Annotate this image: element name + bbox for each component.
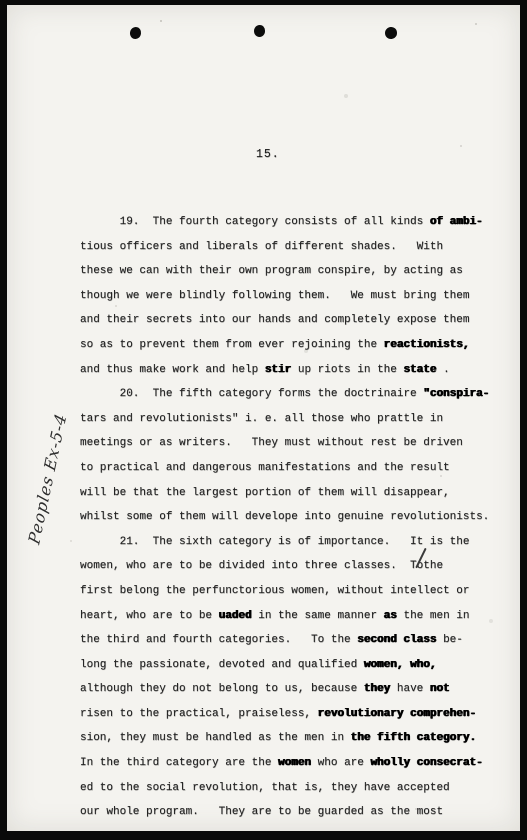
text-line: whilst some of them will develope into g…	[80, 505, 520, 530]
text-line: 19. The fourth category consists of all …	[80, 210, 520, 235]
text-line: tious officers and liberals of different…	[80, 235, 520, 260]
scanned-document-page: { "page": { "number": "15.", "margin_not…	[0, 0, 527, 840]
text-line: 20. The fifth category forms the doctrin…	[80, 382, 520, 407]
text-line: In the third category are the women who …	[80, 751, 520, 776]
text-line: these we can with their own program cons…	[80, 259, 520, 284]
text-line: risen to the practical, praiseless, revo…	[80, 702, 520, 727]
page-number: 15.	[256, 148, 280, 161]
scan-noise-speckles	[160, 20, 162, 22]
text-line: so as to prevent them from ever rejoinin…	[80, 333, 520, 358]
text-line: ed to the social revolution, that is, th…	[80, 776, 520, 801]
text-line: though we were blindly following them. W…	[80, 284, 520, 309]
text-line: the third and fourth categories. To the …	[80, 628, 520, 653]
typed-text-block: 19. The fourth category consists of all …	[80, 210, 520, 825]
text-line: long the passionate, devoted and qualifi…	[80, 653, 520, 678]
text-line: to practical and dangerous manifestation…	[80, 456, 520, 481]
text-line: and their secrets into our hands and com…	[80, 308, 520, 333]
text-line: heart, who are to be uaded in the same m…	[80, 604, 520, 629]
text-line: our whole program. They are to be guarde…	[80, 800, 520, 825]
text-line: women, who are to be divided into three …	[80, 554, 520, 579]
text-line: will be that the largest portion of them…	[80, 481, 520, 506]
text-line: 21. The sixth category is of importance.…	[80, 530, 520, 555]
text-line: sion, they must be handled as the men in…	[80, 726, 520, 751]
text-line: tars and revolutionists" i. e. all those…	[80, 407, 520, 432]
text-line: although they do not belong to us, becau…	[80, 677, 520, 702]
text-line: meetings or as writers. They must withou…	[80, 431, 520, 456]
text-line: and thus make work and help stir up riot…	[80, 358, 520, 383]
text-line: first belong the perfunctorious women, w…	[80, 579, 520, 604]
punch-hole-dot-2	[254, 25, 265, 37]
